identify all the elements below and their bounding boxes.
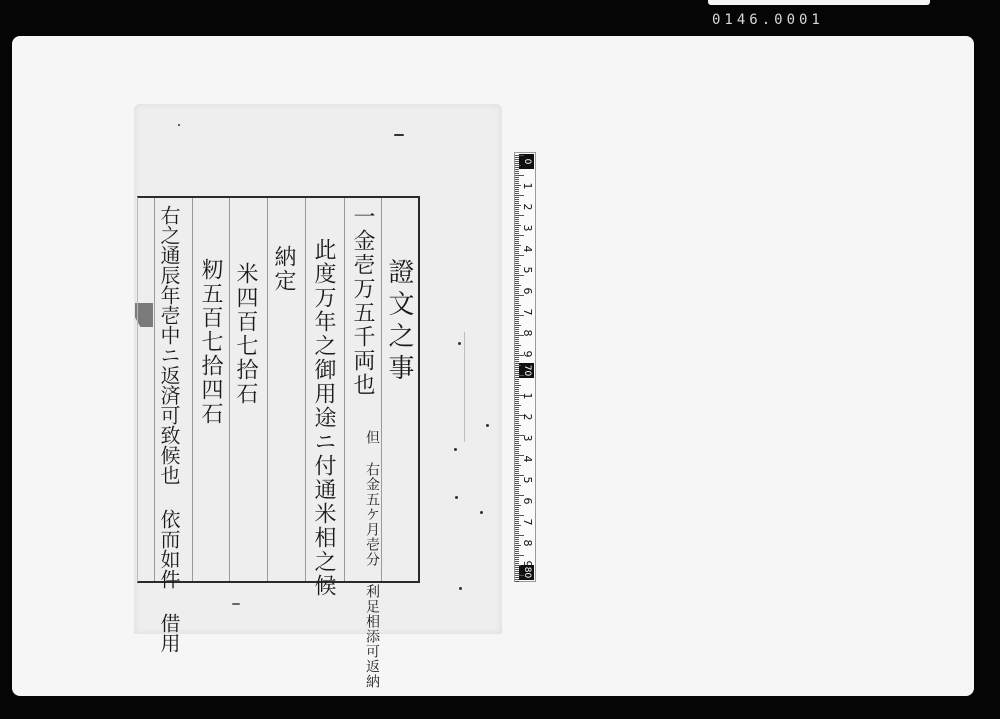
ruler-tick [515, 187, 519, 188]
ruler-tick [515, 359, 519, 360]
ruler-tick [515, 289, 519, 290]
ruler-tick [515, 497, 519, 498]
ink-speck [178, 124, 180, 126]
ruler-tick [515, 383, 519, 384]
ruler-tick [515, 239, 519, 240]
ruler-tick [515, 473, 519, 474]
ruler-tick [515, 417, 519, 418]
ruler-tick [515, 237, 519, 238]
ruler-tick [515, 461, 519, 462]
ink-speck [454, 448, 457, 451]
ruler-tick [515, 349, 519, 350]
ruler-tick [515, 259, 519, 260]
ruler-tick [515, 577, 519, 578]
ruler-tick [515, 489, 519, 490]
ruler-tick [515, 241, 519, 242]
text-column-amount: 一金壱万五千両也 [351, 205, 373, 397]
ruler-tick [515, 227, 519, 228]
ruler-tick [515, 373, 519, 374]
ink-mark [232, 603, 240, 605]
ruler-tick [515, 455, 524, 456]
ruler-tick [515, 167, 519, 168]
ruler-tick [515, 485, 521, 486]
ruler-tick [515, 511, 519, 512]
ruler-label: 1 [520, 389, 534, 403]
ruler-tick [515, 467, 519, 468]
ruler-tick [515, 449, 519, 450]
ruler-tick [515, 375, 524, 376]
ruler-tick [515, 551, 519, 552]
text-column-reason: 此度万年之御用途ニ付通米相之候 [312, 238, 334, 598]
ruler-tick [515, 545, 521, 546]
ruler-tick [515, 423, 519, 424]
ruler-tick [515, 487, 519, 488]
ruler-tick [515, 465, 521, 466]
ruler-tick [515, 555, 524, 556]
ruler-label: 7 [520, 515, 534, 529]
ruler-tick [515, 477, 519, 478]
ruler-tick [515, 271, 519, 272]
text-column-received: 納定 [272, 245, 294, 293]
ruler-tick [515, 235, 524, 236]
ruler-tick [515, 209, 519, 210]
ruler-tick [515, 265, 521, 266]
ruler-tick [515, 363, 519, 364]
ruler-tick [515, 429, 519, 430]
ruler-tick [515, 453, 519, 454]
ruler-tick [515, 395, 524, 396]
ruler-tick [515, 215, 524, 216]
ruler-tick [515, 249, 519, 250]
ruler-tick [515, 529, 519, 530]
ruler-tick [515, 427, 519, 428]
ruler-tick [515, 155, 524, 156]
ruler-tick [515, 519, 519, 520]
ruler-label: 6 [520, 494, 534, 508]
ruler-tick [515, 309, 519, 310]
ruler-tick [515, 495, 524, 496]
ruler-tick [515, 203, 519, 204]
ruler-label: 1 [520, 179, 534, 193]
ruler-tick [515, 171, 519, 172]
ruler-tick [515, 179, 519, 180]
ruler-label: 2 [520, 410, 534, 424]
ruler-tick [515, 491, 519, 492]
ruler-label: 7 [520, 305, 534, 319]
ink-speck [458, 342, 461, 345]
ruler-tick [515, 567, 519, 568]
ink-speck [480, 511, 483, 514]
ruler-tick [515, 365, 521, 366]
ruler-tick [515, 283, 519, 284]
text-column-closing: 右之通辰年壱中ニ返済可致候也 依而如件 借用 [159, 205, 179, 653]
ruler-tick [515, 225, 521, 226]
ruler-tick [515, 409, 519, 410]
ruler-tick [515, 341, 519, 342]
ruler-tick [515, 277, 519, 278]
ruler-tick [515, 295, 524, 296]
ruler-tick [515, 445, 521, 446]
ruler-tick [515, 411, 519, 412]
ruler-tick [515, 507, 519, 508]
ruler-tick [515, 257, 519, 258]
ruler-tick [515, 459, 519, 460]
ruler-tick [515, 561, 519, 562]
ruler-tick [515, 539, 519, 540]
ruler-tick [515, 481, 519, 482]
ruler-tick [515, 301, 519, 302]
column-rule [229, 198, 230, 581]
ink-speck [486, 424, 489, 427]
ruler-tick [515, 385, 521, 386]
ruler-tick [515, 311, 519, 312]
ruler-tick [515, 401, 519, 402]
ruler-tick [515, 231, 519, 232]
ruler-label: 4 [520, 242, 534, 256]
ruler-tick [515, 499, 519, 500]
ruler-tick [515, 291, 519, 292]
ruler-tick [515, 475, 524, 476]
ruler-tick [515, 247, 519, 248]
column-rule [381, 198, 382, 581]
ruler-tick [515, 205, 521, 206]
ruler-tick [515, 351, 519, 352]
ruler-tick [515, 521, 519, 522]
ruler-tick [515, 207, 519, 208]
ruler-tick [515, 339, 519, 340]
ruler-tick [515, 393, 519, 394]
ruler-tick [515, 169, 519, 170]
ruler-tick [515, 457, 519, 458]
ruler-tick [515, 293, 519, 294]
ruler-tick [515, 219, 519, 220]
ruler-tick [515, 269, 519, 270]
ruler-label: 3 [520, 221, 534, 235]
ruler-tick [515, 267, 519, 268]
ruler-tick [515, 537, 519, 538]
ruler-tick [515, 387, 519, 388]
ruler-tick [515, 437, 519, 438]
ruler-label: 9 [520, 347, 534, 361]
ruler-tick [515, 223, 519, 224]
ruler-tick [515, 579, 519, 580]
film-edge-strip [708, 0, 930, 5]
ruler-tick [515, 367, 519, 368]
ruler-tick [515, 433, 519, 434]
ruler-tick [515, 441, 519, 442]
ruler-tick [515, 327, 519, 328]
ruler-label: 2 [520, 200, 534, 214]
column-rule [267, 198, 268, 581]
ruler-tick [515, 297, 519, 298]
ruler-tick [515, 503, 519, 504]
ruler-tick [515, 431, 519, 432]
ink-speck [459, 587, 462, 590]
ruler-tick [515, 413, 519, 414]
ruler-tick [515, 549, 519, 550]
ruler-tick [515, 323, 519, 324]
ruler-tick [515, 553, 519, 554]
ruler-tick [515, 229, 519, 230]
ruler-tick [515, 469, 519, 470]
column-rule [192, 198, 193, 581]
ruler-tick [515, 221, 519, 222]
ruler-tick [515, 447, 519, 448]
ruler-tick [515, 183, 519, 184]
ruler-tick [515, 501, 519, 502]
ink-speck [455, 496, 458, 499]
text-column-note: 但 右金五ケ月壱分 利足相添可返納 [350, 430, 380, 689]
ruler-tick [515, 181, 519, 182]
column-rule [344, 198, 345, 581]
ruler-tick [515, 189, 519, 190]
ruler-tick [515, 173, 519, 174]
ruler-tick [515, 211, 519, 212]
ruler-tick [515, 541, 519, 542]
ruler-tick [515, 443, 519, 444]
ruler-tick [515, 313, 519, 314]
ruler-end-marker: 80 [519, 565, 534, 580]
ruler-tick [515, 303, 519, 304]
ruler-tick [515, 463, 519, 464]
ruler-tick [515, 377, 519, 378]
ruler-tick [515, 201, 519, 202]
ruler-tick [515, 389, 519, 390]
ruler-tick [515, 165, 521, 166]
ruler-tick [515, 275, 524, 276]
ruler-tick [515, 571, 519, 572]
ruler-tick [515, 333, 519, 334]
ruler-tick [515, 397, 519, 398]
ruler-tick [515, 317, 519, 318]
ruler-tick [515, 233, 519, 234]
column-rule [154, 198, 155, 581]
ruler-tick [515, 361, 519, 362]
ruler-tick [515, 369, 519, 370]
ruler-tick [515, 543, 519, 544]
ruler-tick [515, 547, 519, 548]
ruler-tick [515, 479, 519, 480]
ruler-tick [515, 197, 519, 198]
ruler-tick [515, 199, 519, 200]
ruler-tick [515, 355, 524, 356]
ruler-tick [515, 439, 519, 440]
ruler-tick [515, 379, 519, 380]
ruler-tick [515, 403, 519, 404]
document-title: 證文之事 [386, 258, 412, 386]
ruler-tick [515, 191, 519, 192]
ruler-tick [515, 575, 524, 576]
ruler-label: 3 [520, 431, 534, 445]
ruler-tick [515, 381, 519, 382]
ruler-tick [515, 193, 519, 194]
ruler-tick [515, 371, 519, 372]
ruler-tick [515, 337, 519, 338]
ruler-tick [515, 483, 519, 484]
paper-crease [464, 332, 465, 442]
ruler-tick [515, 213, 519, 214]
ruler-tick [515, 435, 524, 436]
ruler-tick [515, 493, 519, 494]
ruler-tick [515, 523, 519, 524]
ruler-tick [515, 407, 519, 408]
ruler-label: 8 [520, 326, 534, 340]
ruler-tick [515, 531, 519, 532]
ruler-tick [515, 515, 524, 516]
ruler-tick [515, 405, 521, 406]
ruler-tick [515, 245, 521, 246]
ruler-tick [515, 343, 519, 344]
ruler-tick [515, 161, 519, 162]
ruler-tick [515, 273, 519, 274]
ruler-tick [515, 565, 521, 566]
ruler-tick [515, 471, 519, 472]
film-frame-id: 0146.0001 [712, 6, 932, 34]
ink-mark [394, 134, 404, 136]
ruler-tick [515, 569, 519, 570]
ruler-tick [515, 419, 519, 420]
text-column-rice-1: 米四百七拾石 [234, 262, 256, 406]
ruler-tick [515, 253, 519, 254]
ruler-tick [515, 325, 521, 326]
ruler-tick [515, 517, 519, 518]
ruler-tick [515, 563, 519, 564]
ruler-tick [515, 163, 519, 164]
ruler-tick [515, 195, 524, 196]
ruler-tick [515, 535, 524, 536]
ruler-tick [515, 319, 519, 320]
ruler-tick [515, 559, 519, 560]
text-column-rice-2: 籾五百七拾四石 [199, 258, 221, 426]
ruler-tick [515, 357, 519, 358]
ruler-start-marker: 0 [519, 154, 534, 169]
ruler-tick [515, 263, 519, 264]
ruler-tick [515, 331, 519, 332]
ruler-tick [515, 353, 519, 354]
ruler-tick [515, 261, 519, 262]
ruler-label: 8 [520, 536, 534, 550]
ruler-tick [515, 425, 521, 426]
ruler-tick [515, 509, 519, 510]
ruler-tick [515, 415, 524, 416]
ruler-tick [515, 581, 519, 582]
ruler-tick [515, 175, 524, 176]
ruler-tick [515, 255, 524, 256]
ruler-tick [515, 305, 521, 306]
ruler-tick [515, 321, 519, 322]
ruler-tick [515, 399, 519, 400]
ruler-tick [515, 329, 519, 330]
ruler-tick [515, 513, 519, 514]
ruler-tick [515, 307, 519, 308]
ruler-tick [515, 279, 519, 280]
ruler-tick [515, 451, 519, 452]
ruler-tick [515, 287, 519, 288]
ruler-tick [515, 243, 519, 244]
ruler-tick [515, 421, 519, 422]
ruler-tick [515, 251, 519, 252]
ruler-tick [515, 557, 519, 558]
ruler-tick [515, 217, 519, 218]
ruler-tick [515, 281, 519, 282]
ruler-tick [515, 345, 521, 346]
ruler-tick [515, 335, 524, 336]
ruler-tick [515, 527, 519, 528]
measuring-ruler: 0 1 2 3 4 5 6 7 8 9 70 1 2 3 4 5 6 7 8 9… [514, 152, 536, 582]
ruler-tick [515, 177, 519, 178]
ruler-tick [515, 157, 519, 158]
ruler-tick [515, 285, 521, 286]
ruler-tick [515, 525, 521, 526]
ruler-tick [515, 573, 519, 574]
column-rule [305, 198, 306, 581]
ruler-tick [515, 347, 519, 348]
ruler-tick [515, 299, 519, 300]
ruler-tick [515, 533, 519, 534]
ruler-tick [515, 159, 519, 160]
ruler-tick [515, 315, 524, 316]
ruler-tick [515, 391, 519, 392]
ruler-tick [515, 505, 521, 506]
ruler-tick [515, 185, 521, 186]
